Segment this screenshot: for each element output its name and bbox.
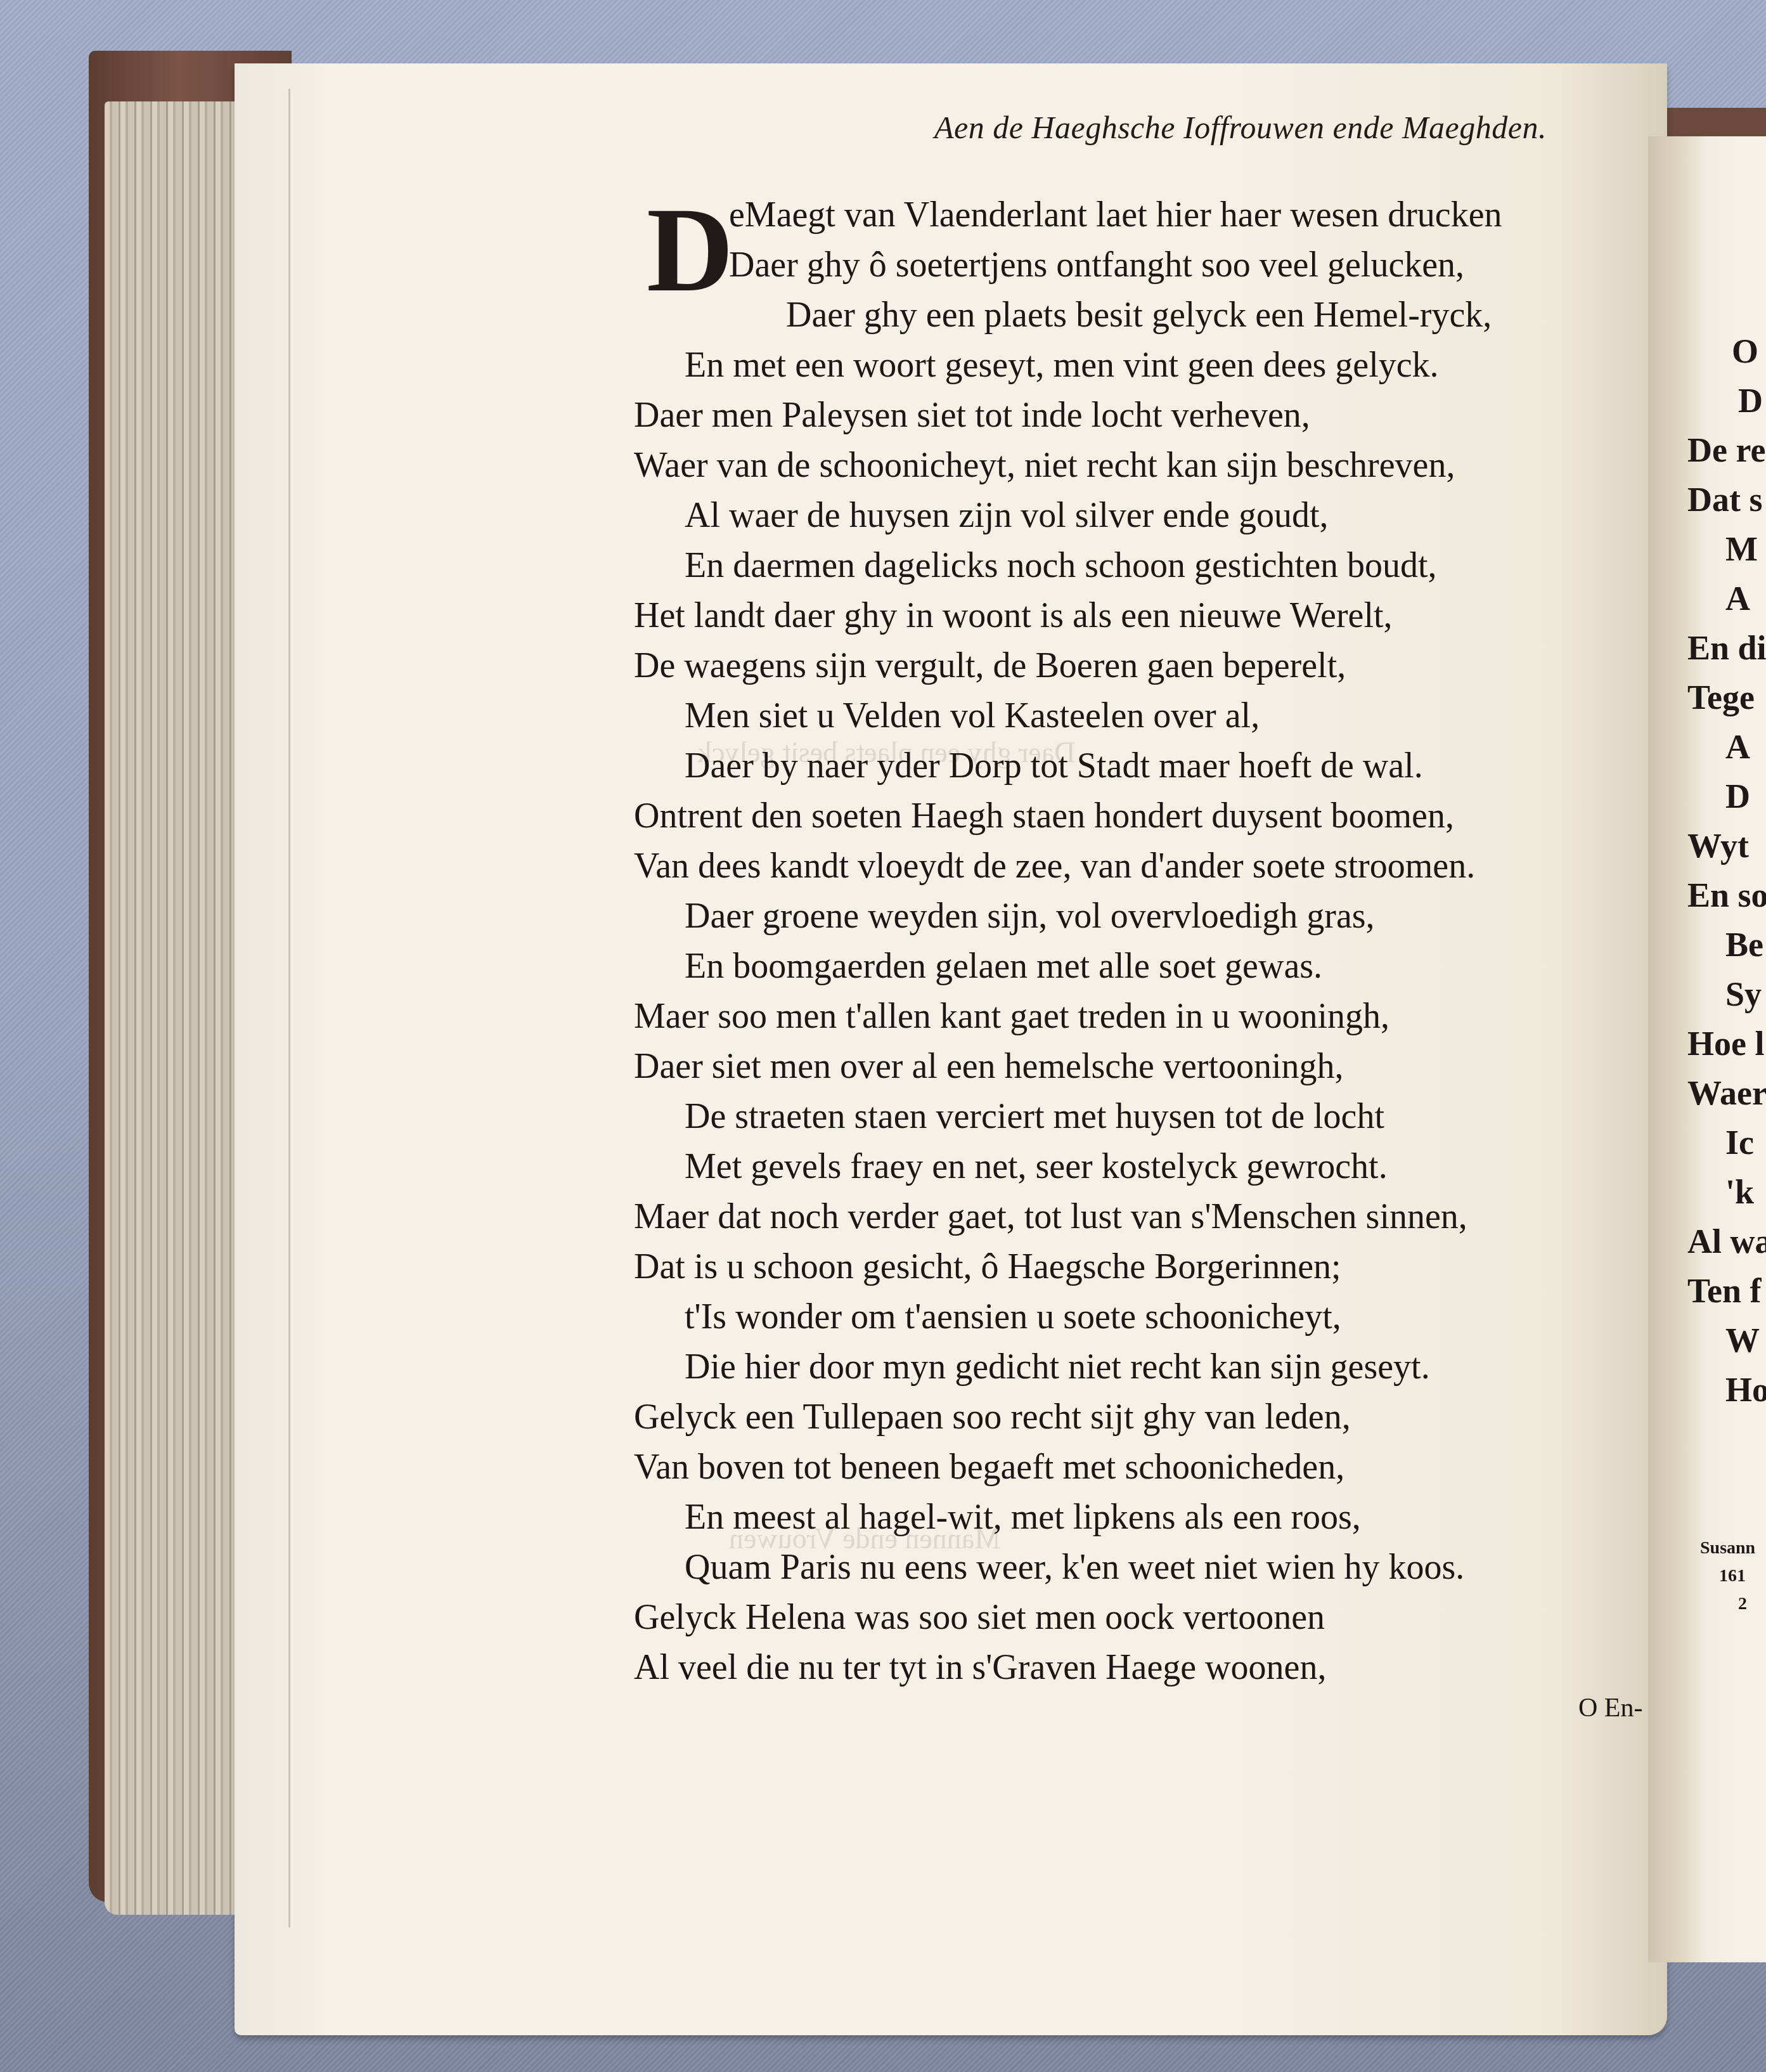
- facing-line: D: [1687, 376, 1766, 425]
- verse-line: t'Is wonder om t'aensien u soete schooni…: [634, 1292, 1648, 1342]
- verse-line: De straeten staen verciert met huysen to…: [634, 1092, 1648, 1142]
- facing-line: Tege: [1687, 673, 1766, 722]
- catchword: O En-: [1578, 1693, 1642, 1723]
- verse-line: En boomgaerden gelaen met alle soet gewa…: [634, 942, 1648, 992]
- facing-line: M: [1687, 524, 1766, 574]
- facing-line: A: [1687, 722, 1766, 772]
- facing-line: Waer: [1687, 1068, 1766, 1118]
- verse-line: Gelyck een Tullepaen soo recht sijt ghy …: [634, 1392, 1648, 1442]
- verse-line: Al waer de huysen zijn vol silver ende g…: [634, 491, 1648, 541]
- facing-line: 'k: [1687, 1167, 1766, 1217]
- facing-line: De re: [1687, 425, 1766, 475]
- verse-line: eMaegt van Vlaenderlant laet hier haer w…: [634, 190, 1648, 240]
- verse-line: Daer men Paleysen siet tot inde locht ve…: [634, 391, 1648, 441]
- verse-line: De waegens sijn vergult, de Boeren gaen …: [634, 641, 1648, 691]
- imprint-line: Susann: [1700, 1534, 1755, 1562]
- facing-line: Ho: [1687, 1365, 1766, 1415]
- verse-line: Daer by naer yder Dorp tot Stadt maer ho…: [634, 741, 1648, 791]
- verse-line: Quam Paris nu eens weer, k'en weet niet …: [634, 1543, 1648, 1593]
- poem-body: D eMaegt van Vlaenderlant laet hier haer…: [634, 190, 1648, 1693]
- verse-line: En met een woort geseyt, men vint geen d…: [634, 340, 1648, 391]
- verse-line: Ontrent den soeten Haegh staen hondert d…: [634, 791, 1648, 841]
- imprint-line: 2: [1700, 1590, 1755, 1618]
- facing-line: Ic: [1687, 1118, 1766, 1167]
- facing-line: A: [1687, 574, 1766, 623]
- verse-line: En meest al hagel-wit, met lipkens als e…: [634, 1492, 1648, 1543]
- running-head: Aen de Haeghsche Ioffrouwen ende Maeghde…: [786, 109, 1547, 146]
- verse-line: Van dees kandt vloeydt de zee, van d'and…: [634, 841, 1648, 891]
- facing-line: Sy: [1687, 969, 1766, 1019]
- verse-line: Het landt daer ghy in woont is als een n…: [634, 591, 1648, 641]
- facing-line: Be: [1687, 920, 1766, 969]
- facing-line: En di: [1687, 623, 1766, 673]
- facing-page-imprint: Susann 161 2: [1700, 1534, 1755, 1618]
- page-block-edges: [105, 101, 257, 1915]
- facing-line: W: [1687, 1316, 1766, 1365]
- verse-line: Maer soo men t'allen kant gaet treden in…: [634, 992, 1648, 1042]
- verse-line: Met gevels fraey en net, seer kostelyck …: [634, 1142, 1648, 1192]
- facing-line: Hoe l: [1687, 1019, 1766, 1068]
- verse-line: En daermen dagelicks noch schoon gestich…: [634, 541, 1648, 591]
- verse-line: Van boven tot beneen begaeft met schooni…: [634, 1442, 1648, 1492]
- verse-line: Daer ghy ô soetertjens ontfanght soo vee…: [634, 240, 1648, 290]
- facing-line: D: [1687, 772, 1766, 821]
- facing-line: Ten f: [1687, 1266, 1766, 1316]
- verse-line: Waer van de schoonicheyt, niet recht kan…: [634, 441, 1648, 491]
- verse-line: Gelyck Helena was soo siet men oock vert…: [634, 1593, 1648, 1643]
- verse-line: Maer dat noch verder gaet, tot lust van …: [634, 1192, 1648, 1242]
- page-edge-line: [288, 89, 290, 1927]
- facing-line: Dat s: [1687, 475, 1766, 524]
- verse-line: Daer groene weyden sijn, vol overvloedig…: [634, 891, 1648, 942]
- facing-line: Wyt: [1687, 821, 1766, 871]
- facing-line: En so: [1687, 871, 1766, 920]
- verse-line: Daer ghy een plaets besit gelyck een Hem…: [634, 290, 1648, 340]
- verse-line: Al veel die nu ter tyt in s'Graven Haege…: [634, 1643, 1648, 1693]
- facing-line: Al wa: [1687, 1217, 1766, 1266]
- verse-line: Men siet u Velden vol Kasteelen over al,: [634, 691, 1648, 741]
- verse-line: Die hier door myn gedicht niet recht kan…: [634, 1342, 1648, 1392]
- verse-line: Daer siet men over al een hemelsche vert…: [634, 1042, 1648, 1092]
- facing-line: O: [1687, 327, 1766, 376]
- verse-line: Dat is u schoon gesicht, ô Haegsche Borg…: [634, 1242, 1648, 1292]
- facing-page-lines: O D De re Dat s M A En di Tege A D Wyt E…: [1687, 327, 1766, 1415]
- imprint-line: 161: [1700, 1562, 1755, 1590]
- right-page-fragment: O D De re Dat s M A En di Tege A D Wyt E…: [1648, 136, 1766, 1962]
